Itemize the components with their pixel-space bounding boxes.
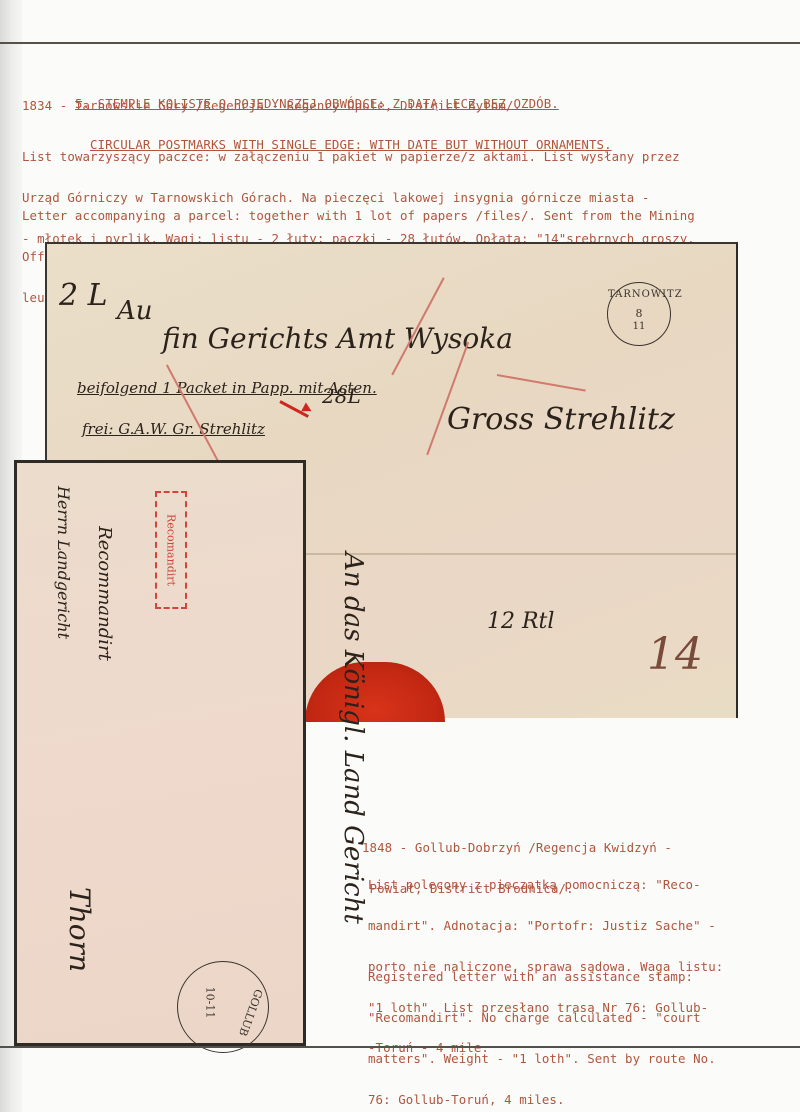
text-line: List towarzyszący paczce: w załączeniu 1…	[22, 150, 695, 164]
text-line: 76: Gollub-Toruń, 4 miles.	[368, 1093, 716, 1107]
manuscript-recommandirt: Recommandirt	[94, 526, 115, 661]
manuscript-rate: 12 Rtl	[487, 609, 554, 634]
text-line: "Recomandirt". No charge calculated - "c…	[368, 1011, 716, 1025]
text-line: List polecony z pieczątką pomocniczą: "R…	[368, 878, 723, 892]
manuscript-destination: Thorn	[63, 887, 96, 972]
registration-stamp-text: Recomandirt	[165, 514, 178, 586]
bottom-rule	[0, 1046, 800, 1048]
manuscript-docket-rotated: Herrn Landgericht	[54, 486, 73, 639]
top-rule	[0, 42, 800, 44]
manuscript-docket-2: frei: G.A.W. Gr. Strehlitz	[82, 420, 265, 438]
cover-gollub-1848: Herrn Landgericht Recommandirt Recomandi…	[14, 460, 306, 1046]
manuscript-weight: 2 L	[59, 278, 108, 313]
manuscript-salutation: Au	[117, 296, 153, 326]
item2-english-description: Registered letter with an assistance sta…	[368, 943, 716, 1112]
postmark-town: GOLLUB	[236, 987, 265, 1038]
text-line: Registered letter with an assistance sta…	[368, 970, 716, 984]
manuscript-charge: 14	[647, 629, 703, 680]
wax-seal	[305, 662, 445, 722]
text-line: matters". Weight - "1 loth". Sent by rou…	[368, 1052, 716, 1066]
postmark-gollub: 10-11 GOLLUB	[177, 961, 269, 1053]
manuscript-destination: Gross Strehlitz	[447, 402, 675, 437]
manuscript-parcel-weight: 28L	[322, 384, 361, 408]
text-line: mandirt". Adnotacja: "Portofr: Justiz Sa…	[368, 919, 723, 933]
postmark-town: TARNOWITZ	[608, 289, 670, 300]
postmark-month: 11	[608, 321, 670, 332]
registration-stamp: Recomandirt	[155, 491, 187, 609]
postmark-tarnowitz: TARNOWITZ 8 11	[607, 282, 671, 346]
red-crayon-stroke	[426, 342, 469, 455]
postmark-day: 8	[608, 307, 670, 320]
postmark-date: 10-11	[203, 987, 216, 1019]
red-crayon-stroke	[497, 374, 586, 391]
manuscript-address-line: fin Gerichts Amt Wysoka	[162, 322, 513, 355]
text-line: Letter accompanying a parcel: together w…	[22, 209, 695, 223]
item1-origin: 1834 - Tarnowskie Góry /Regencja - Regen…	[22, 99, 521, 113]
